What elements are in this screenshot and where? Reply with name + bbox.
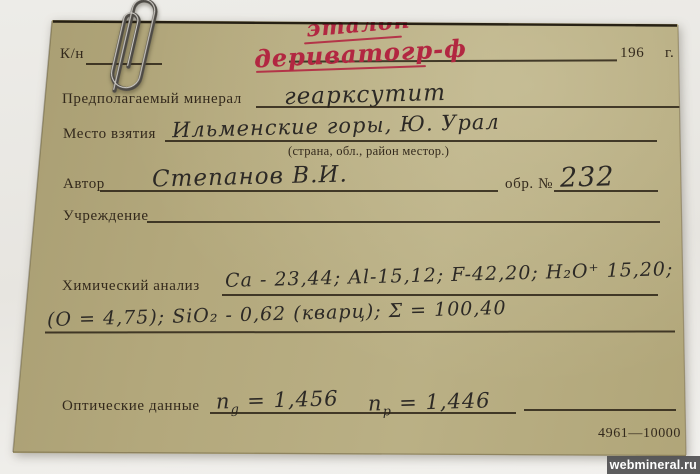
location-value: Ильменские горы, Ю. Урал (172, 110, 500, 143)
author-value: Степанов В.И. (152, 161, 348, 192)
year-suffix: г. (665, 45, 674, 62)
scanned-card-photo: К/н 196 г. эталон дериватогр-ф Предполаг… (0, 0, 700, 474)
chemical-line1-rule (222, 294, 658, 296)
chemical-line2-rule (45, 330, 675, 333)
watermark-bar: webmineral.ru (607, 456, 700, 474)
optical-rule-1 (210, 412, 516, 414)
optical-np: np = 1,446 (368, 388, 491, 418)
sample-label: обр. № (505, 176, 553, 193)
author-label: Автор (63, 176, 105, 193)
print-code: 4961—10000 (598, 426, 681, 442)
institution-label: Учреждение (63, 208, 149, 225)
chemical-label: Химический анализ (62, 278, 200, 295)
watermark-site: webmineral.ru (610, 458, 697, 472)
mineral-line (256, 106, 686, 108)
sample-number: 232 (560, 161, 615, 193)
location-label: Место взятия (63, 126, 156, 143)
author-line (100, 190, 498, 192)
chemical-line2: (O = 4,75); SiO₂ - 0,62 (кварц); Σ = 100… (47, 297, 507, 331)
chemical-line1: Ca - 23,44; Al-15,12; F-42,20; H₂O⁺ 15,2… (225, 258, 674, 292)
location-hint: (страна, обл., район местор.) (288, 144, 449, 159)
optical-rule-2 (524, 409, 676, 411)
year-number: 196 (620, 45, 644, 62)
kn-label: К/н (60, 46, 84, 63)
location-line (165, 140, 657, 142)
optical-label: Оптические данные (62, 398, 200, 415)
sample-line (554, 190, 658, 192)
institution-line (147, 221, 660, 223)
